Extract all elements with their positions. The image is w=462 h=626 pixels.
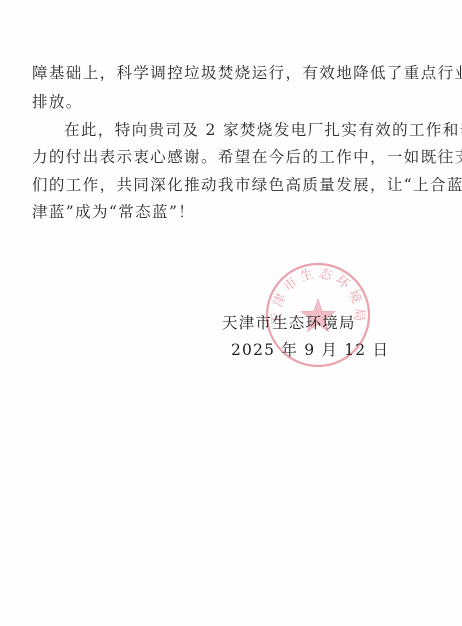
paragraph-2-line-3: 们的工作，共同深化推动我市绿色高质量发展，让“上合蓝”、“天 bbox=[32, 175, 428, 195]
paragraph-1-line-2: 排放。 bbox=[32, 92, 428, 112]
document-page: 障基础上，科学调控垃圾焚烧运行，有效地降低了重点行业污染 排放。 在此，特向贵司… bbox=[0, 0, 462, 626]
paragraph-2-line-2: 力的付出表示衷心感谢。希望在今后的工作中，一如既往支持我 bbox=[32, 147, 428, 167]
signature-organization: 天津市生态环境局 bbox=[222, 313, 356, 333]
paragraph-1-line-1: 障基础上，科学调控垃圾焚烧运行，有效地降低了重点行业污染 bbox=[32, 63, 428, 83]
signature-date: 2025 年 9 月 12 日 bbox=[231, 340, 389, 360]
paragraph-2-line-4: 津蓝”成为“常态蓝”！ bbox=[32, 202, 428, 222]
paragraph-2-line-1: 在此，特向贵司及 2 家焚烧发电厂扎实有效的工作和辛苦努 bbox=[64, 120, 428, 140]
